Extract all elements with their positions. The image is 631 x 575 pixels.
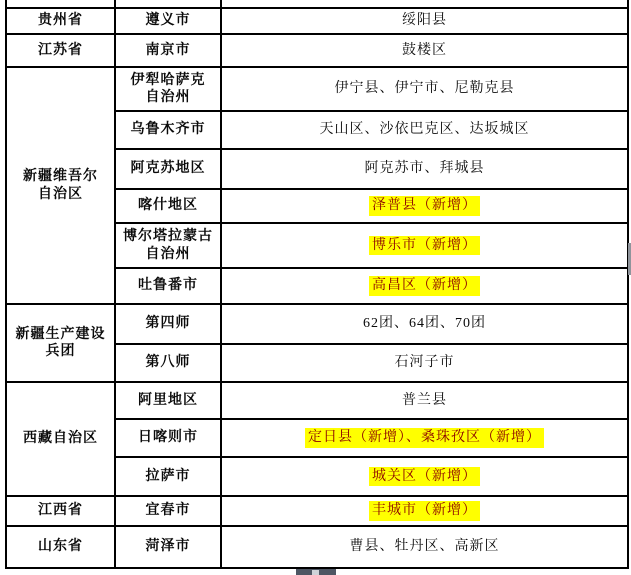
city-cell: 第四师 <box>115 304 221 344</box>
city-cell: 吐鲁番市 <box>115 268 221 304</box>
table-row: 新疆生产建设 兵团第四师62团、64团、70团 <box>6 304 628 344</box>
districts-cell: 绥阳县 <box>221 8 628 34</box>
city-cell: 乌鲁木齐市 <box>115 111 221 149</box>
new-entry-highlight: 泽普县（新增） <box>369 196 480 216</box>
city-cell: 喀什地区 <box>115 189 221 223</box>
scroll-handle-notch-icon <box>312 570 319 575</box>
document-page: 贵州省遵义市绥阳县江苏省南京市鼓楼区新疆维吾尔 自治区伊犁哈萨克 自治州伊宁县、… <box>0 0 631 575</box>
city-cell: 宜春市 <box>115 496 221 526</box>
table-row: 江西省宜春市丰城市（新增） <box>6 496 628 526</box>
city-cell: 日喀则市 <box>115 419 221 457</box>
table-row: 江苏省南京市鼓楼区 <box>6 34 628 67</box>
districts-cell: 曹县、牡丹区、高新区 <box>221 526 628 568</box>
districts-cell: 天山区、沙依巴克区、达坂城区 <box>221 111 628 149</box>
cutoff-cell <box>221 0 628 8</box>
new-entry-highlight: 丰城市（新增） <box>369 501 480 521</box>
city-cell: 伊犁哈萨克 自治州 <box>115 67 221 111</box>
risk-area-table: 贵州省遵义市绥阳县江苏省南京市鼓楼区新疆维吾尔 自治区伊犁哈萨克 自治州伊宁县、… <box>5 0 629 569</box>
city-cell: 阿里地区 <box>115 382 221 419</box>
districts-cell: 伊宁县、伊宁市、尼勒克县 <box>221 67 628 111</box>
districts-cell: 丰城市（新增） <box>221 496 628 526</box>
city-cell: 博尔塔拉蒙古 自治州 <box>115 223 221 268</box>
city-cell: 南京市 <box>115 34 221 67</box>
districts-cell: 62团、64团、70团 <box>221 304 628 344</box>
bottom-scroll-handle[interactable] <box>296 569 336 575</box>
cutoff-cell <box>6 0 115 8</box>
districts-cell: 鼓楼区 <box>221 34 628 67</box>
districts-cell: 定日县（新增）、桑珠孜区（新增） <box>221 419 628 457</box>
city-cell: 第八师 <box>115 344 221 382</box>
table-row: 贵州省遵义市绥阳县 <box>6 8 628 34</box>
province-cell: 山东省 <box>6 526 115 568</box>
districts-cell: 高昌区（新增） <box>221 268 628 304</box>
city-cell: 阿克苏地区 <box>115 149 221 189</box>
table-row: 山东省菏泽市曹县、牡丹区、高新区 <box>6 526 628 568</box>
province-cell: 江苏省 <box>6 34 115 67</box>
new-entry-highlight: 城关区（新增） <box>369 467 480 487</box>
districts-cell: 石河子市 <box>221 344 628 382</box>
province-cell: 江西省 <box>6 496 115 526</box>
table-row: 西藏自治区阿里地区普兰县 <box>6 382 628 419</box>
cutoff-row-top <box>6 0 628 8</box>
districts-cell: 阿克苏市、拜城县 <box>221 149 628 189</box>
new-entry-highlight: 博乐市（新增） <box>369 236 480 256</box>
districts-cell: 城关区（新增） <box>221 457 628 496</box>
province-cell: 新疆维吾尔 自治区 <box>6 67 115 304</box>
new-entry-highlight: 高昌区（新增） <box>369 276 480 296</box>
new-entry-highlight: 定日县（新增）、桑珠孜区（新增） <box>305 428 544 448</box>
districts-cell: 普兰县 <box>221 382 628 419</box>
province-cell: 新疆生产建设 兵团 <box>6 304 115 382</box>
province-cell: 西藏自治区 <box>6 382 115 496</box>
province-cell: 贵州省 <box>6 8 115 34</box>
cutoff-cell <box>115 0 221 8</box>
table-row: 新疆维吾尔 自治区伊犁哈萨克 自治州伊宁县、伊宁市、尼勒克县 <box>6 67 628 111</box>
city-cell: 菏泽市 <box>115 526 221 568</box>
districts-cell: 泽普县（新增） <box>221 189 628 223</box>
districts-cell: 博乐市（新增） <box>221 223 628 268</box>
city-cell: 遵义市 <box>115 8 221 34</box>
city-cell: 拉萨市 <box>115 457 221 496</box>
